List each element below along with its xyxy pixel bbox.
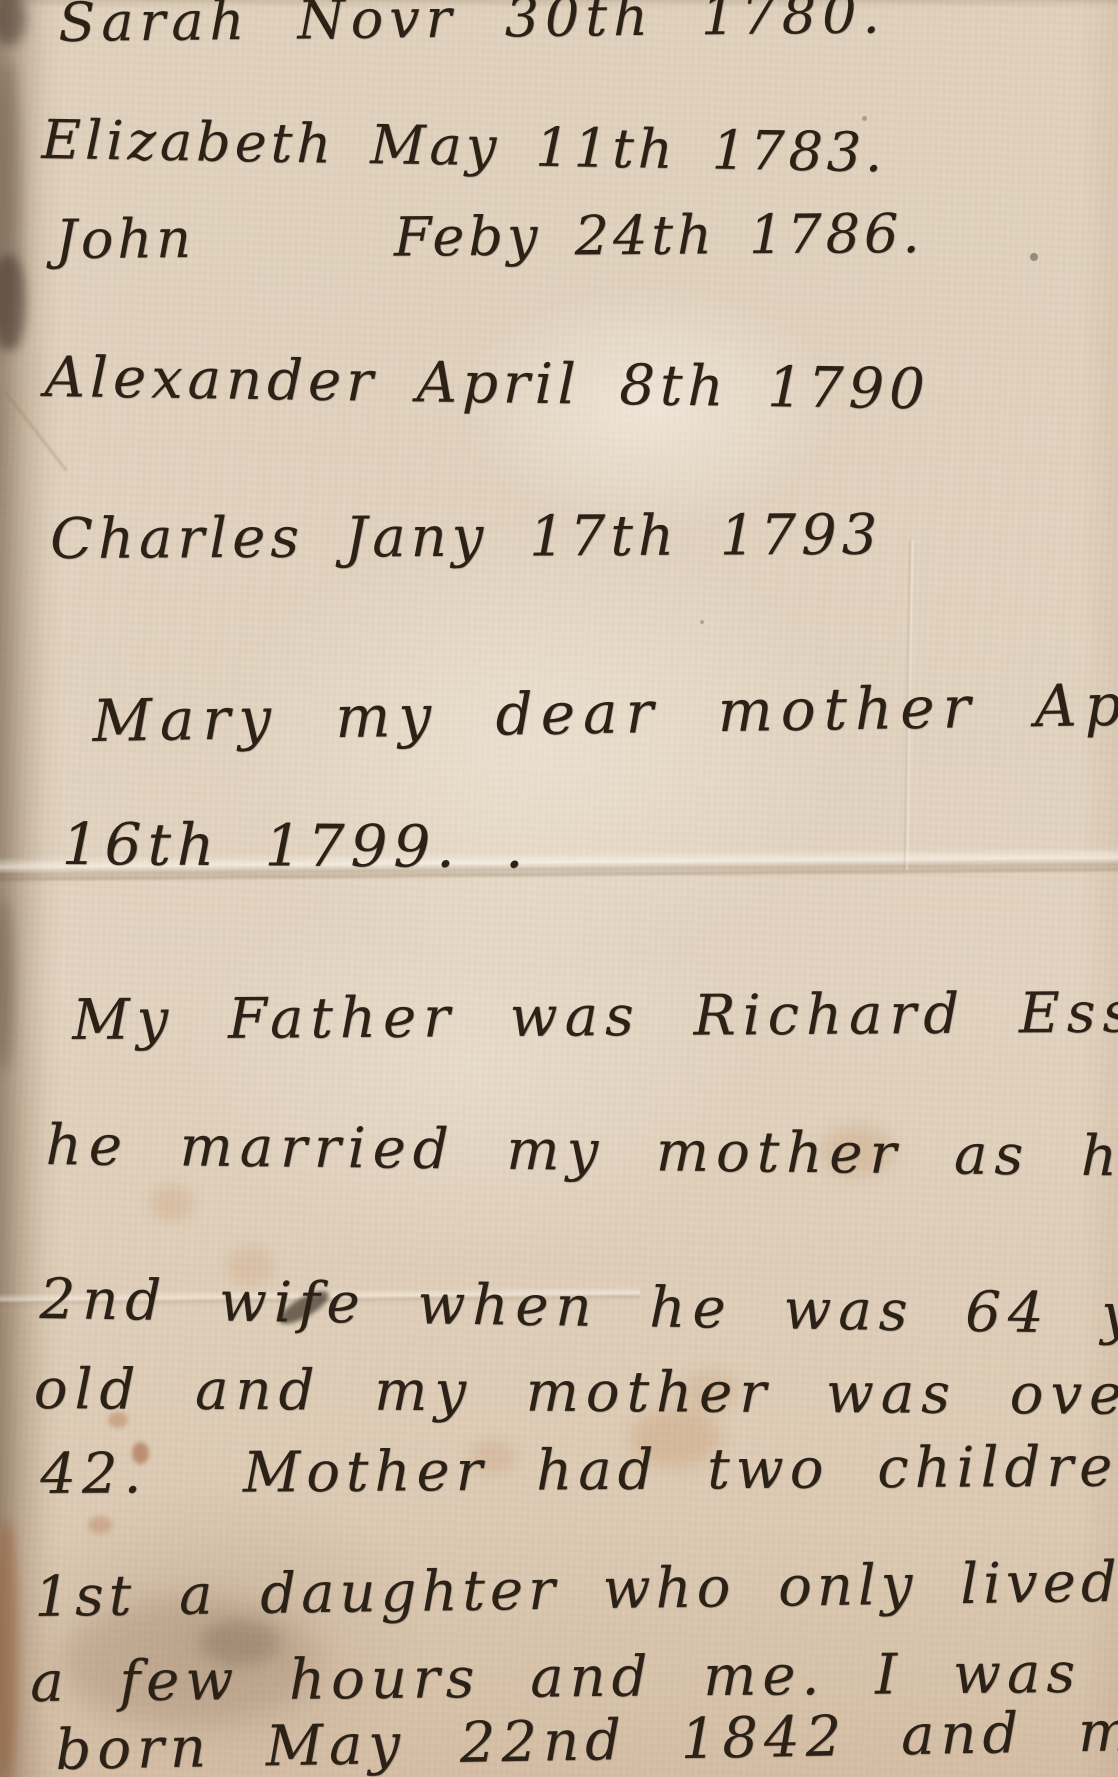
handwritten-line-5: Charles Jany 17th 1793: [50, 508, 882, 568]
paper-speck: [700, 620, 704, 624]
handwritten-line-14: a few hours and me. I was: [30, 1646, 1081, 1711]
handwritten-line-3: John Feby 24th 1786.: [55, 207, 924, 267]
handwritten-line-8: My Father was Richard Essex: [72, 985, 1118, 1049]
handwritten-line-11: old and my mother was over: [34, 1362, 1118, 1424]
handwritten-line-1: Sarah Novr 30th 1780.: [58, 0, 886, 50]
paper-speck: [1030, 253, 1038, 261]
paper-stain: [150, 1185, 194, 1221]
page-corner-shadow: [0, 0, 26, 46]
handwritten-line-15: born May 22nd 1842 and my: [55, 1703, 1118, 1777]
handwritten-line-9: he married my mother as his: [45, 1118, 1118, 1186]
edge-blotch: [0, 900, 14, 1070]
edge-blotch: [0, 1520, 18, 1777]
handwritten-line-13: 1st a daughter who only lived: [34, 1555, 1118, 1626]
handwritten-line-6: Mary my dear mother April: [92, 674, 1118, 750]
document-page: Sarah Novr 30th 1780. Elizabeth May 11th…: [0, 0, 1118, 1777]
handwritten-line-12: 42. Mother had two children: [40, 1439, 1118, 1503]
paper-stain-rust: [88, 1516, 112, 1534]
handwritten-line-10: 2nd wife when he was 64 yrs: [39, 1272, 1118, 1344]
handwritten-line-7: 16th 1799. .: [62, 815, 530, 876]
edge-blotch: [0, 60, 22, 350]
handwritten-line-4: Alexander April 8th 1790: [44, 350, 930, 418]
handwritten-line-2: Elizabeth May 11th 1783.: [41, 113, 887, 180]
page-edge-shadow-left: [0, 0, 46, 1777]
edge-blotch: [0, 255, 26, 350]
